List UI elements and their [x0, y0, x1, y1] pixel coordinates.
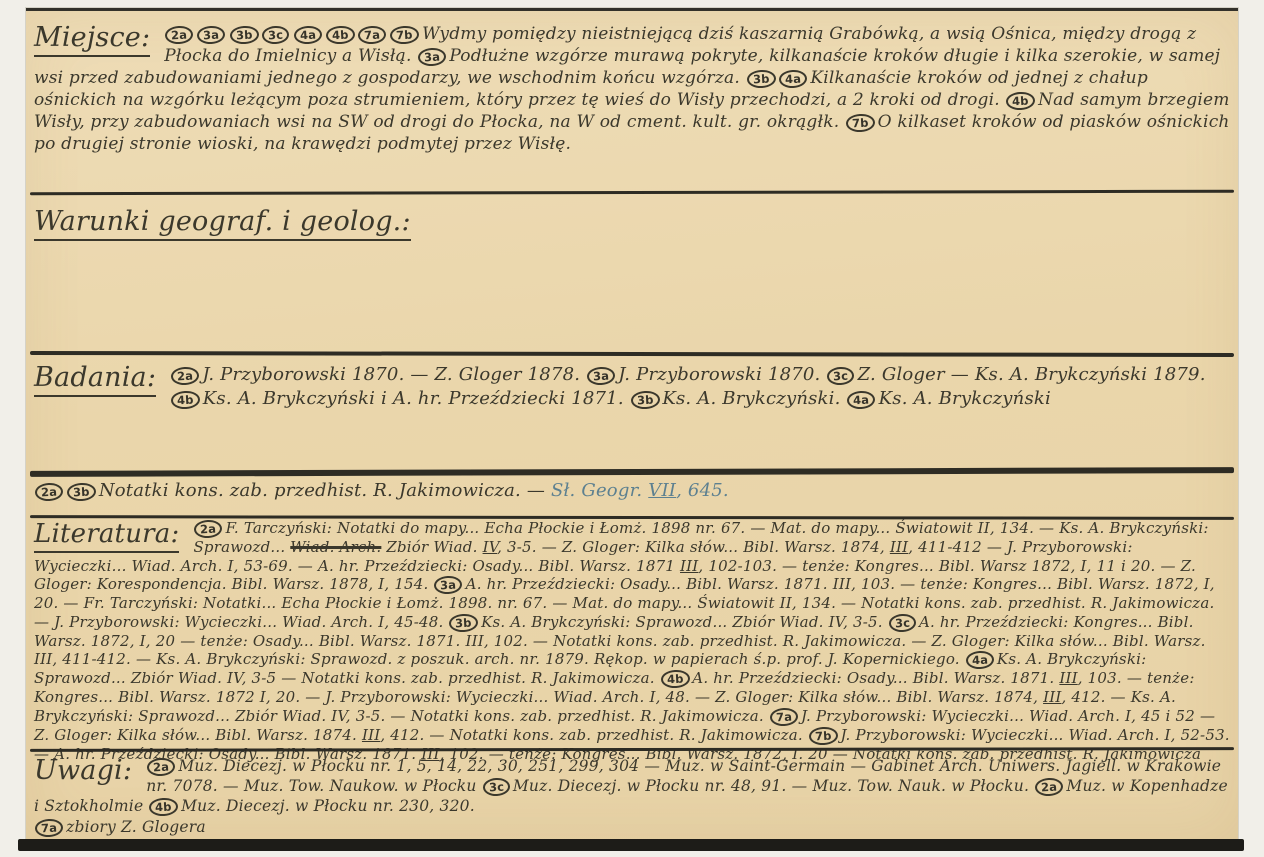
ref-chip-3c: 3c	[888, 613, 916, 632]
handwritten-text: , 412. — Notatki kons. zab. przedhist. R…	[380, 726, 808, 744]
notatki-text: 2a3bNotatki kons. zab. przedhist. R. Jak…	[34, 480, 729, 501]
archival-index-card: Miejsce: 2a3a3b3c4a4b7a7bWydmy pomiędzy …	[26, 8, 1238, 839]
ref-chip-3b: 3b	[229, 25, 259, 44]
ref-chip-2a: 2a	[165, 25, 194, 44]
literatura-text: 2aF. Tarczyński: Notatki do mapy... Echa…	[34, 519, 1230, 763]
ref-chip-2a: 2a	[171, 366, 200, 385]
badania-text: 2aJ. Przyborowski 1870. — Z. Gloger 1878…	[170, 364, 1205, 409]
ref-chip-3c: 3c	[262, 25, 290, 44]
handwritten-text: , 645.	[676, 480, 729, 501]
ref-chip-3c: 3c	[827, 366, 855, 385]
ref-chip-2a: 2a	[194, 519, 223, 538]
ref-chip-4b: 4b	[325, 25, 355, 44]
handwritten-text: VII	[648, 480, 676, 501]
section-notatki: 2a3bNotatki kons. zab. przedhist. R. Jak…	[34, 479, 1230, 503]
handwritten-text: Notatki kons. zab. przedhist. R. Jakimow…	[99, 480, 551, 501]
ruled-divider	[30, 190, 1234, 196]
ref-chip-3b: 3b	[449, 613, 479, 632]
ref-chip-7b: 7b	[390, 25, 420, 44]
handwritten-text: III	[362, 726, 380, 744]
handwritten-text: Z. Gloger — Ks. A. Brykczyński 1879.	[858, 364, 1206, 385]
section-label-literatura: Literatura:	[34, 519, 179, 553]
ref-chip-4a: 4a	[293, 25, 322, 44]
section-literatura: Literatura: 2aF. Tarczyński: Notatki do …	[34, 519, 1230, 763]
section-badania: Badania: 2aJ. Przyborowski 1870. — Z. Gl…	[34, 363, 1230, 411]
ref-chip-3a: 3a	[418, 47, 447, 66]
ref-chip-4b: 4b	[149, 797, 179, 816]
section-label-uwagi: Uwagi:	[34, 756, 132, 788]
section-warunki: Warunki geograf. i geolog.:	[34, 207, 1230, 243]
ref-chip-7b: 7b	[845, 113, 875, 132]
handwritten-text: III	[1043, 688, 1061, 706]
ref-chip-2a: 2a	[35, 482, 64, 501]
handwritten-text: Ks. A. Brykczyński.	[662, 388, 846, 409]
ref-chip-4a: 4a	[847, 390, 876, 409]
uwagi-text: 2aMuz. Diecezj. w Płocku nr. 1, 5, 14, 2…	[34, 757, 1228, 815]
handwritten-text: zbiory Z. Glogera	[66, 818, 206, 836]
ref-chip-3a: 3a	[434, 575, 463, 594]
ref-chip-3b: 3b	[746, 69, 776, 88]
handwritten-text: A. hr. Przeździecki: Osady... Bibl. Wars…	[692, 669, 1059, 687]
section-label-badania: Badania:	[34, 363, 156, 397]
ref-chip-7b: 7b	[808, 726, 838, 745]
ref-chip-3b: 3b	[630, 390, 660, 409]
ref-chip-4a: 4a	[779, 69, 808, 88]
handwritten-text: , 3-5. — Z. Gloger: Kilka słów... Bibl. …	[497, 538, 890, 556]
handwritten-text: Muz. Diecezj. w Płocku nr. 48, 91. — Muz…	[513, 777, 1034, 795]
ruled-divider	[30, 351, 1234, 357]
ref-chip-3a: 3a	[587, 366, 616, 385]
uwagi-extra-line: 7azbiory Z. Glogera	[34, 817, 1230, 837]
handwritten-text: III	[890, 538, 908, 556]
ruled-divider-thick	[30, 467, 1234, 477]
handwritten-text: Ks. A. Brykczyński i A. hr. Przeździecki…	[203, 388, 630, 409]
handwritten-text: IV	[483, 538, 498, 556]
section-miejsce: Miejsce: 2a3a3b3c4a4b7a7bWydmy pomiędzy …	[34, 23, 1230, 155]
section-uwagi: Uwagi: 2aMuz. Diecezj. w Płocku nr. 1, 5…	[34, 756, 1230, 837]
handwritten-text: Sł. Geogr.	[551, 480, 648, 501]
ref-chip-2a: 2a	[1035, 777, 1064, 796]
handwritten-text: Ks. A. Brykczyński	[879, 388, 1051, 409]
handwritten-text: J. Przyborowski 1870.	[618, 364, 826, 385]
section-label-miejsce: Miejsce:	[34, 23, 150, 57]
handwritten-text: Zbiór Wiad.	[381, 538, 482, 556]
handwritten-text: III	[680, 557, 698, 575]
ref-chip-7a: 7a	[35, 818, 64, 837]
ref-chip-4b: 4b	[660, 669, 690, 688]
handwritten-text: Ks. A. Brykczyński: Sprawozd... Zbiór Wi…	[481, 613, 888, 631]
ref-chip-3a: 3a	[197, 25, 226, 44]
miejsce-text: 2a3a3b3c4a4b7a7bWydmy pomiędzy nieistnie…	[34, 24, 1230, 154]
ref-chip-4b: 4b	[1006, 91, 1036, 110]
card-bottom-edge-shadow	[18, 839, 1244, 851]
handwritten-text: J. Przyborowski 1870. — Z. Gloger 1878.	[202, 364, 586, 385]
ref-chip-3c: 3c	[482, 777, 510, 796]
ref-chip-3b: 3b	[67, 482, 97, 501]
handwritten-text: III	[1059, 669, 1077, 687]
handwritten-text: Muz. Diecezj. w Płocku nr. 230, 320.	[181, 797, 475, 815]
section-label-warunki: Warunki geograf. i geolog.:	[34, 207, 411, 241]
ref-chip-7a: 7a	[358, 25, 387, 44]
ref-chip-4a: 4a	[965, 650, 994, 669]
ref-chip-4b: 4b	[171, 390, 201, 409]
ref-chip-2a: 2a	[147, 757, 176, 776]
scanned-document-page: Miejsce: 2a3a3b3c4a4b7a7bWydmy pomiędzy …	[0, 0, 1264, 857]
ref-chip-7a: 7a	[769, 707, 798, 726]
handwritten-text: Wiad. Arch.	[290, 538, 381, 556]
